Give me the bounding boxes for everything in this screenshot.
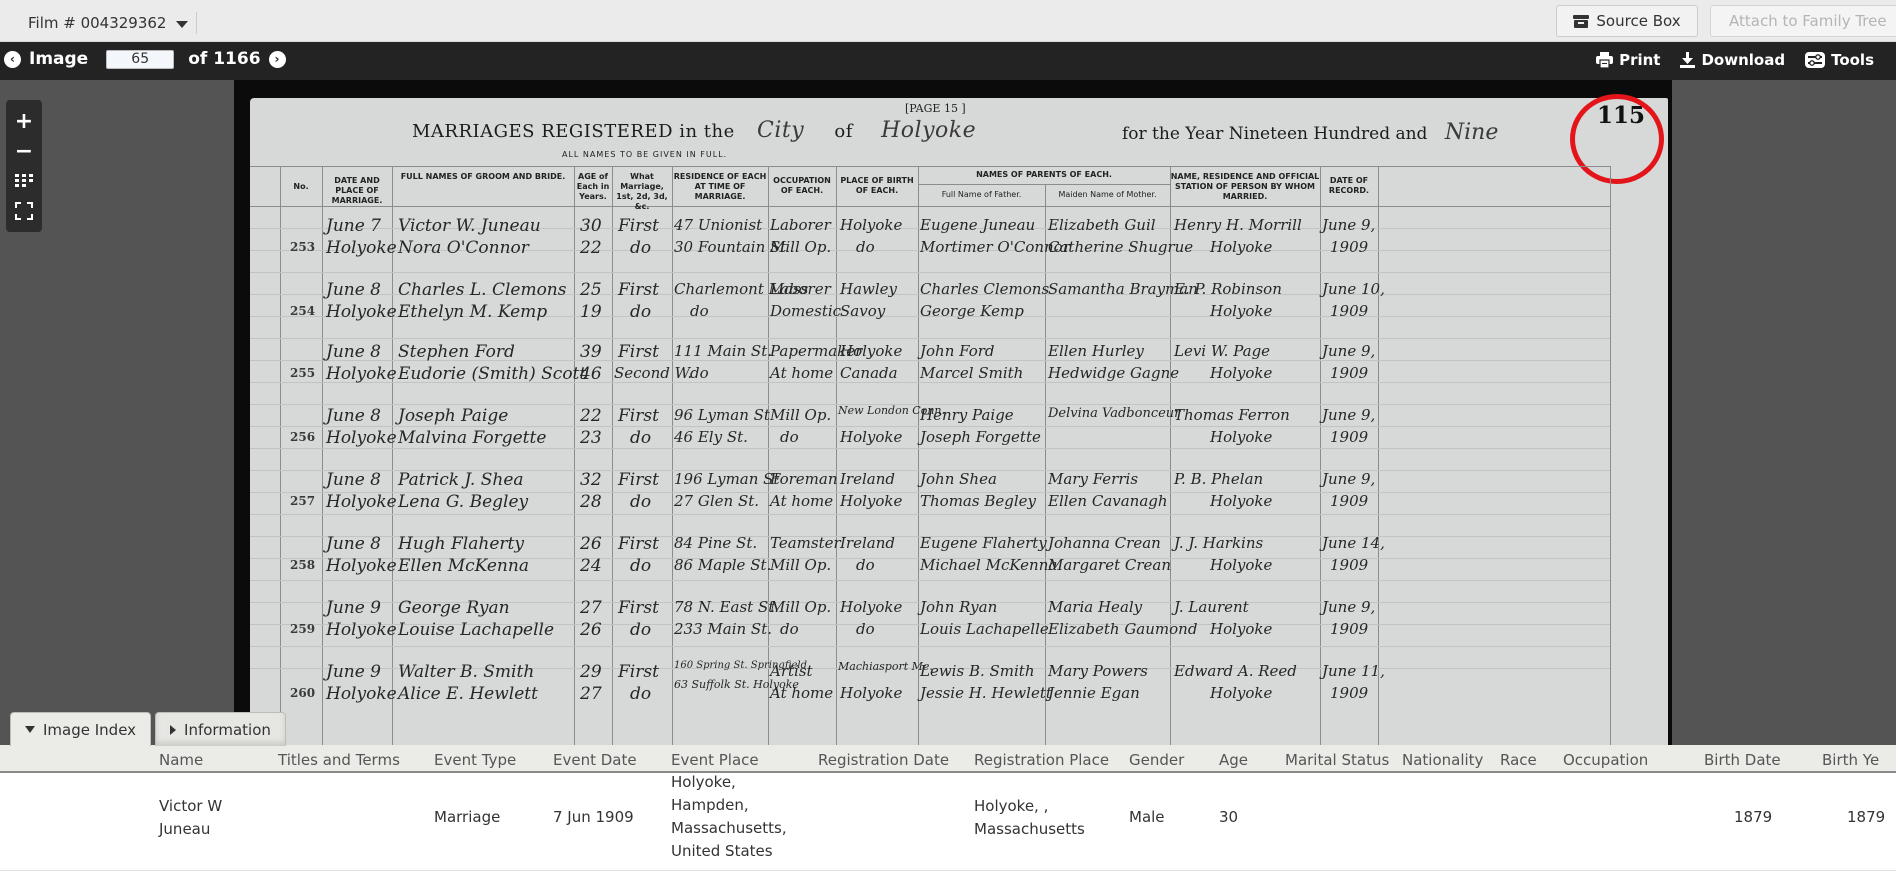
cell-name: Victor W Juneau bbox=[159, 795, 222, 841]
film-selector[interactable]: Film # 004329362 bbox=[20, 12, 197, 34]
cell-event-type: Marriage bbox=[434, 806, 500, 829]
minus-icon: − bbox=[15, 139, 33, 164]
column-header-gender[interactable]: Gender bbox=[1129, 751, 1184, 769]
printer-icon bbox=[1596, 52, 1613, 68]
previous-image-button[interactable]: ‹ bbox=[4, 51, 21, 68]
cell-registration-place: Holyoke, , Massachusetts bbox=[974, 795, 1085, 841]
column-header-occupation[interactable]: Occupation bbox=[1563, 751, 1648, 769]
cell-birth-year: 1879 bbox=[1847, 806, 1885, 829]
film-number: Film # 004329362 bbox=[28, 14, 166, 32]
column-header-titles[interactable]: Titles and Terms bbox=[278, 751, 400, 769]
image-label: Image bbox=[29, 49, 88, 69]
sliders-icon bbox=[1805, 52, 1825, 68]
column-header-marital-status[interactable]: Marital Status bbox=[1285, 751, 1389, 769]
cell-event-place: Holyoke, Hampden, Massachusetts, United … bbox=[671, 771, 787, 863]
column-header-registration-place[interactable]: Registration Place bbox=[974, 751, 1109, 769]
caret-right-icon bbox=[170, 725, 176, 735]
register-page: [PAGE 15 ] MARRIAGES REGISTERED in the C… bbox=[250, 98, 1668, 745]
cell-gender: Male bbox=[1129, 806, 1165, 829]
column-header-event-place[interactable]: Event Place bbox=[671, 751, 759, 769]
column-header-name[interactable]: Name bbox=[159, 751, 203, 769]
tools-button[interactable]: Tools bbox=[1805, 51, 1874, 69]
fullscreen-button[interactable] bbox=[10, 197, 38, 225]
chevron-left-icon: ‹ bbox=[10, 53, 15, 65]
next-image-button[interactable]: › bbox=[269, 51, 286, 68]
source-box-button[interactable]: Source Box bbox=[1556, 5, 1698, 37]
image-number-input[interactable] bbox=[106, 50, 174, 69]
page-number-label: [PAGE 15 ] bbox=[905, 102, 966, 115]
column-header-race[interactable]: Race bbox=[1500, 751, 1537, 769]
image-index-table: Name Titles and Terms Event Type Event D… bbox=[0, 745, 1896, 872]
record-image[interactable]: [PAGE 15 ] MARRIAGES REGISTERED in the C… bbox=[234, 80, 1672, 745]
table-row[interactable]: Victor W Juneau Marriage 7 Jun 1909 Holy… bbox=[0, 773, 1896, 871]
table-header: Name Titles and Terms Event Type Event D… bbox=[0, 745, 1896, 773]
bottom-panel-tabs: Image Index Information bbox=[10, 712, 286, 746]
zoom-out-button[interactable]: − bbox=[10, 137, 38, 165]
zoom-in-button[interactable]: + bbox=[10, 107, 38, 135]
column-header-registration-date[interactable]: Registration Date bbox=[818, 751, 949, 769]
cell-birth-date: 1879 bbox=[1734, 806, 1772, 829]
plus-icon: + bbox=[15, 109, 33, 134]
archive-box-icon bbox=[1573, 15, 1589, 28]
cell-age: 30 bbox=[1219, 806, 1238, 829]
column-header-event-type[interactable]: Event Type bbox=[434, 751, 516, 769]
chevron-right-icon: › bbox=[275, 53, 280, 65]
print-button[interactable]: Print bbox=[1596, 51, 1660, 69]
register-year: for the Year Nineteen Hundred and Nine bbox=[1122, 120, 1498, 145]
zoom-controls: + − bbox=[6, 100, 42, 232]
image-nav-bar: ‹ Image of 1166 › Print Download Tools bbox=[0, 42, 1896, 80]
download-icon bbox=[1680, 52, 1695, 68]
download-button[interactable]: Download bbox=[1680, 51, 1785, 69]
column-header-age[interactable]: Age bbox=[1219, 751, 1248, 769]
tab-image-index[interactable]: Image Index bbox=[10, 712, 151, 746]
tab-information[interactable]: Information bbox=[155, 712, 286, 746]
attach-to-family-tree-button[interactable]: Attach to Family Tree bbox=[1710, 5, 1896, 37]
column-header-birth-date[interactable]: Birth Date bbox=[1704, 751, 1781, 769]
register-grid: No. DATE AND PLACE OF MARRIAGE. FULL NAM… bbox=[250, 166, 1620, 745]
register-title: MARRIAGES REGISTERED in the City of Holy… bbox=[412, 118, 976, 143]
register-subtitle: ALL NAMES TO BE GIVEN IN FULL. bbox=[562, 150, 727, 159]
fullscreen-icon bbox=[15, 202, 33, 220]
column-header-event-date[interactable]: Event Date bbox=[553, 751, 637, 769]
column-header-nationality[interactable]: Nationality bbox=[1402, 751, 1483, 769]
caret-down-icon bbox=[25, 726, 35, 733]
top-bar: Film # 004329362 Source Box Attach to Fa… bbox=[0, 0, 1896, 42]
column-header-birth-year[interactable]: Birth Ye bbox=[1822, 751, 1879, 769]
image-viewer[interactable]: + − [PAGE 15 ] MARRIAGES REGISTERED in t… bbox=[0, 80, 1896, 745]
grid-icon bbox=[15, 174, 33, 188]
chevron-down-icon bbox=[176, 21, 188, 28]
cell-event-date: 7 Jun 1909 bbox=[553, 806, 634, 829]
gallery-view-button[interactable] bbox=[10, 167, 38, 195]
image-total: of 1166 bbox=[188, 49, 260, 69]
